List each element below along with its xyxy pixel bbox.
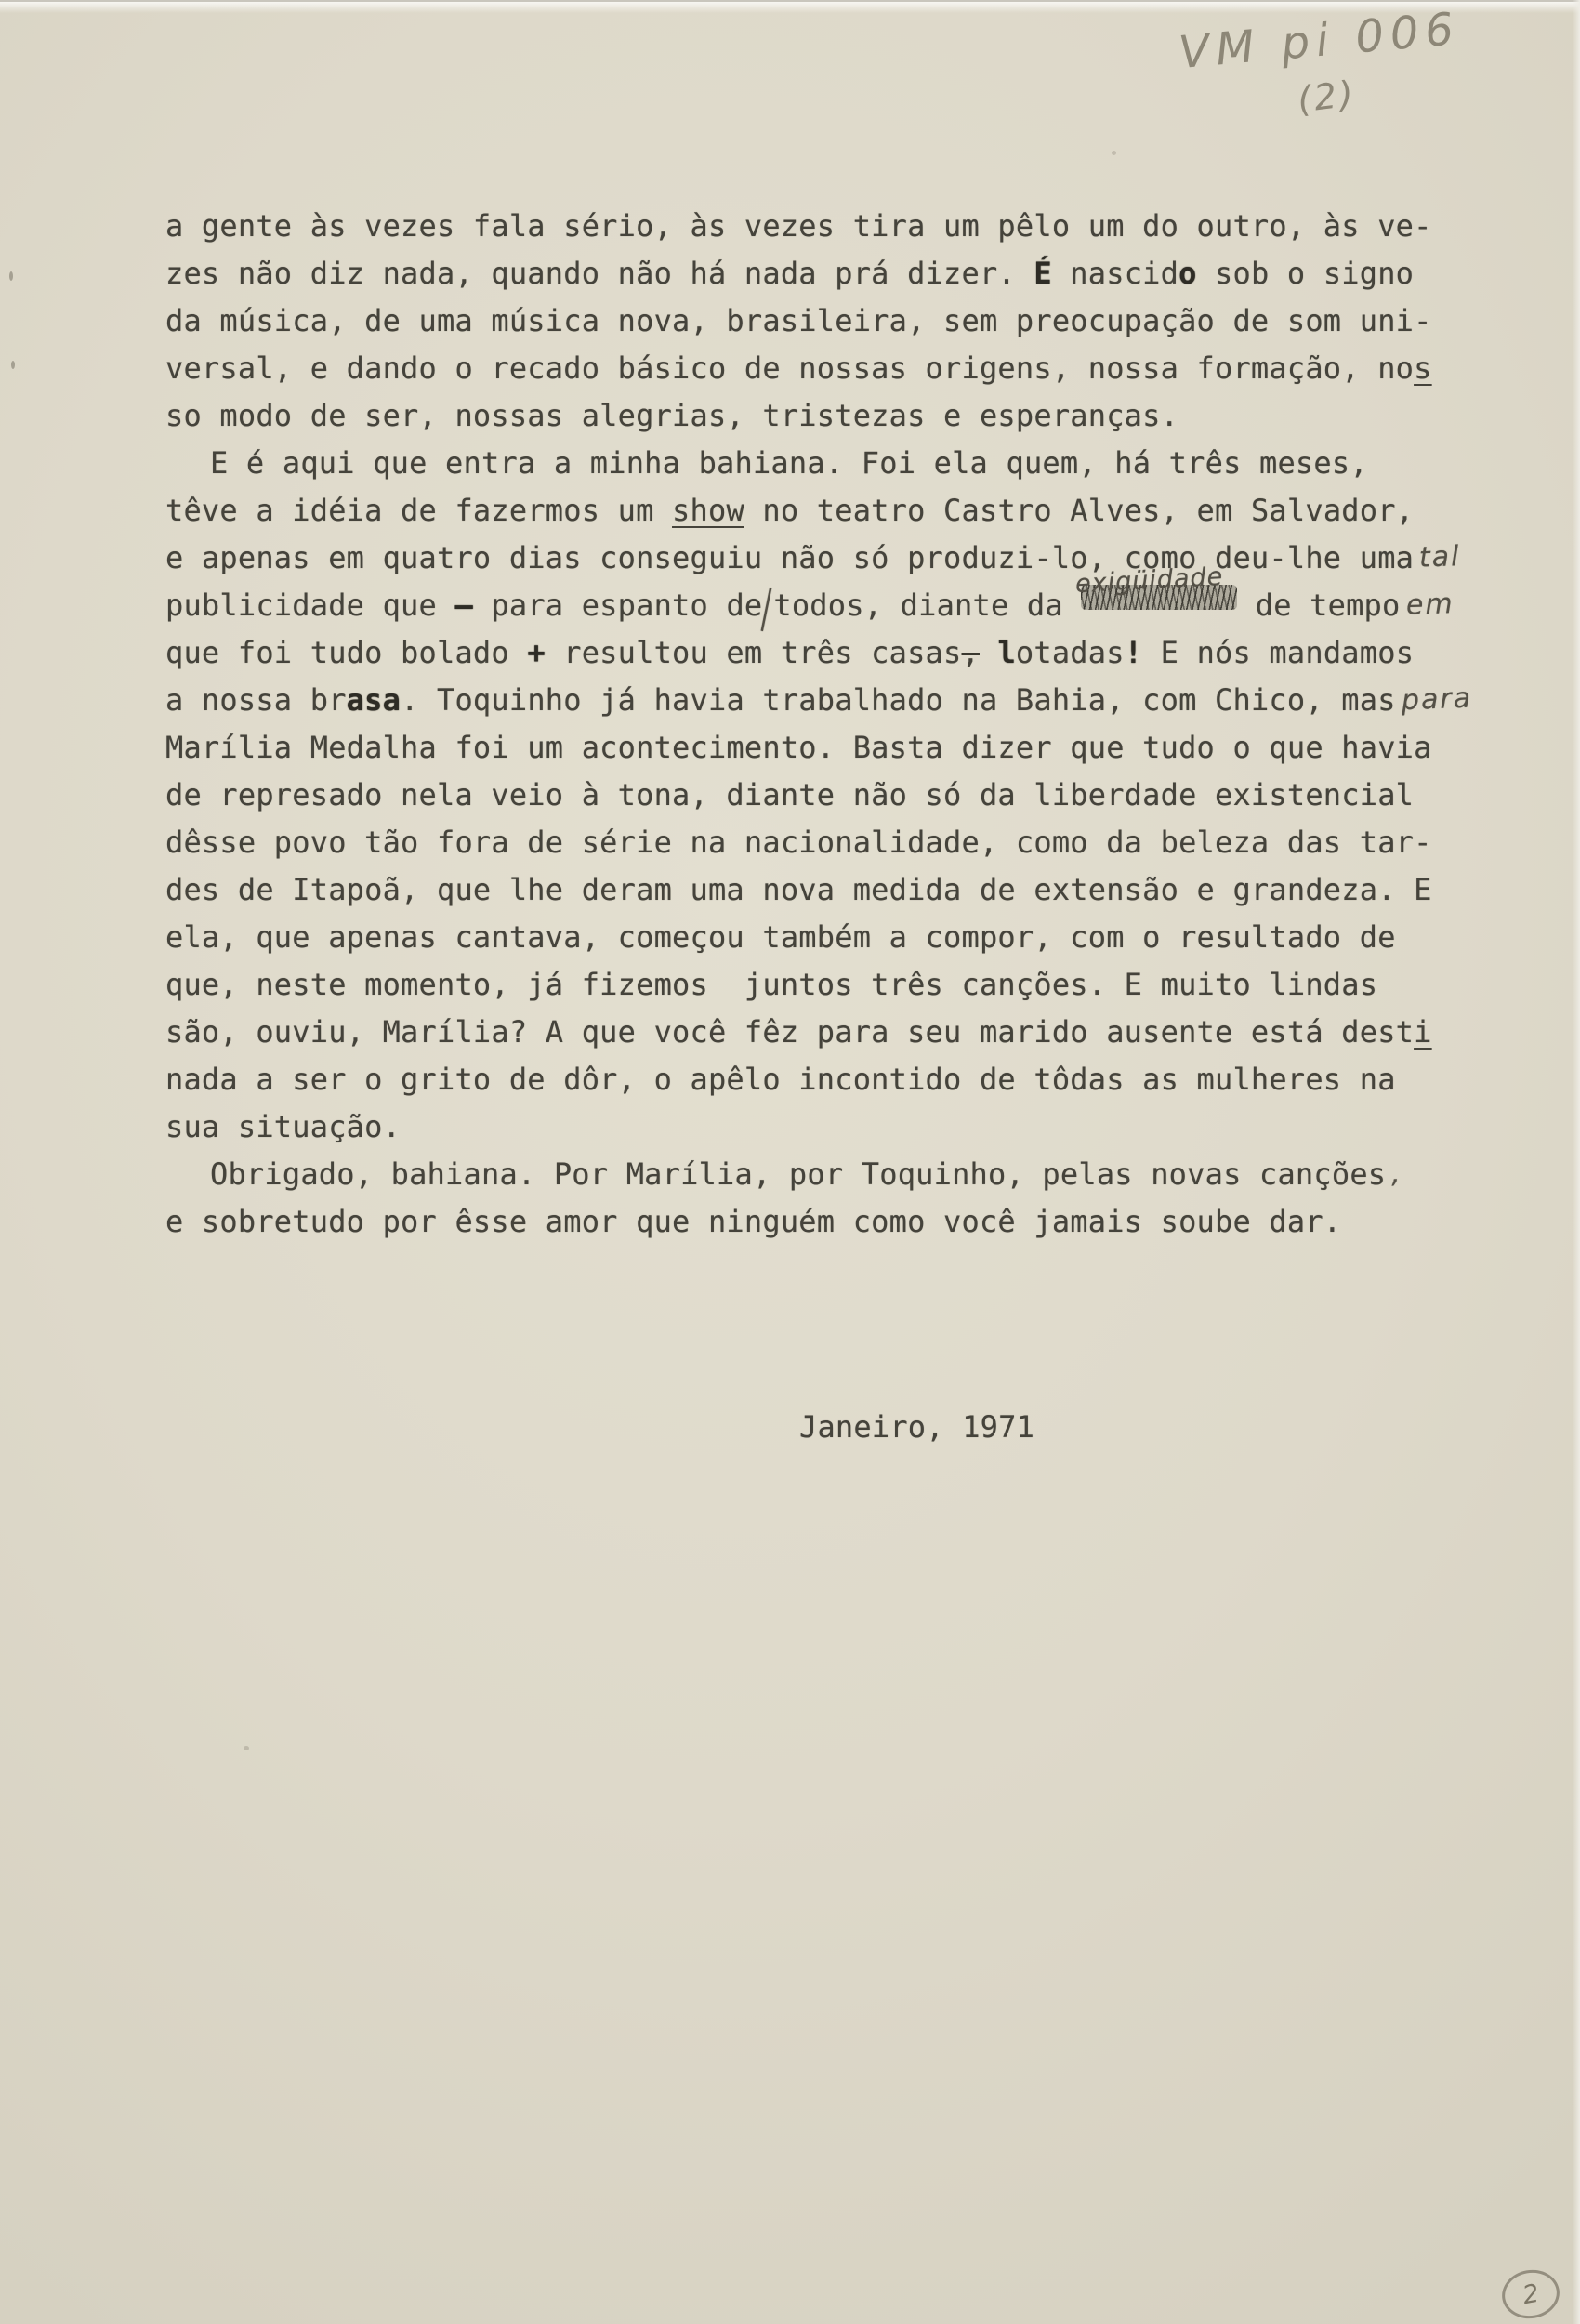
text-segment: publicidade que [165,588,454,623]
text-segment: ela, que apenas cantava, começou também … [165,919,1396,955]
text-segment: nascid [1052,256,1178,291]
text-segment: que, neste momento, já fizemos juntos tr… [165,967,1377,1002]
text-line: so modo de ser, nossas alegrias, tristez… [165,392,1472,440]
text-segment: e apenas em quatro dias conseguiu não só… [165,540,1414,575]
text-segment: ! [1125,635,1142,670]
text-line: a nossa brasa. Toquinho já havia trabalh… [165,677,1472,724]
text-segment: Marília Medalha foi um acontecimento. Ba… [165,730,1432,765]
typed-text-block: a gente às vezes fala sério, às vezes ti… [165,203,1472,1246]
circled-page-number: 2 [1498,2265,1563,2323]
text-segment: são, ouviu, Marília? A que você fêz para… [165,1014,1414,1050]
text-line: que, neste momento, já fizemos juntos tr… [165,961,1472,1009]
correction-group: exigüidade [1081,582,1237,629]
text-segment: E nós mandamos [1142,635,1414,670]
circled-page-number-value: 2 [1521,2278,1541,2310]
text-segment: que foi tudo bolado [165,635,527,670]
text-segment: show [672,493,744,528]
text-segment: de represado nela veio à tona, diante nã… [165,777,1414,812]
paper-speck [244,1746,249,1750]
text-line: que foi tudo bolado + resultou em três c… [165,629,1472,677]
text-segment: resultou em três casas [546,635,962,670]
scanned-page: { "annotations": { "top_right_code": "VM… [0,0,1580,2324]
text-segment: zes não diz nada, quando não há nada prá… [165,256,1034,291]
text-line: e sobretudo por êsse amor que ninguém co… [165,1198,1472,1246]
text-segment [980,635,997,670]
paper-speck [9,271,13,281]
handwritten-sheet-number: (2) [1296,73,1359,120]
text-segment: E é aqui que entra a minha bahiana. Foi … [210,445,1368,481]
text-segment: asa [347,682,401,718]
text-segment: + [527,635,545,670]
scan-edge-right [1573,0,1580,2324]
scan-edge-top [0,0,1580,13]
text-segment: da música, de uma música nova, brasileir… [165,303,1432,338]
handwritten-insert: para [1395,675,1473,725]
text-segment: des de Itapoã, que lhe deram uma nova me… [165,872,1432,907]
text-segment: — [454,588,472,623]
text-segment: otadas [1016,635,1125,670]
text-segment: . Toquinho já havia trabalhado na Bahia,… [401,682,1396,718]
handwritten-correction-above: exigüidade [1074,553,1225,608]
text-segment: nada a ser o grito de dôr, o apêlo incon… [165,1062,1396,1097]
paper-speck [1112,151,1116,155]
text-line: da música, de uma música nova, brasileir… [165,297,1472,345]
text-segment: no teatro Castro Alves, em Salvador, [744,493,1414,528]
text-segment: s [1414,350,1431,386]
text-segment: , [962,635,980,670]
text-line: des de Itapoã, que lhe deram uma nova me… [165,866,1472,914]
text-segment: Obrigado, bahiana. Por Marília, por Toqu… [210,1156,1386,1192]
text-segment: o [1178,256,1196,291]
text-line: nada a ser o grito de dôr, o apêlo incon… [165,1056,1472,1103]
text-segment: sob o signo [1197,256,1415,291]
text-segment: para espanto de [473,588,762,623]
paper-speck [11,361,15,369]
text-line: zes não diz nada, quando não há nada prá… [165,250,1472,297]
text-segment: versal, e dando o recado básico de nossa… [165,350,1414,386]
text-line: sua situação. [165,1103,1472,1151]
handwritten-insert: em [1400,580,1455,629]
text-line: são, ouviu, Marília? A que você fêz para… [165,1009,1472,1056]
text-line: publicidade que — para espanto de/todos,… [165,582,1472,629]
text-segment: a nossa br [165,682,347,718]
text-segment: so modo de ser, nossas alegrias, tristez… [165,398,1178,433]
text-line: a gente às vezes fala sério, às vezes ti… [165,203,1472,250]
text-segment: sua situação. [165,1109,401,1144]
text-line: E é aqui que entra a minha bahiana. Foi … [165,440,1472,487]
text-line: Obrigado, bahiana. Por Marília, por Toqu… [165,1151,1472,1198]
text-segment: É [1034,256,1051,291]
handwritten-insert: tal [1413,533,1461,582]
text-line: e apenas em quatro dias conseguiu não só… [165,535,1472,582]
text-segment: i [1414,1014,1431,1050]
text-segment: todos, diante da [773,588,1081,623]
text-segment: dêsse povo tão fora de série na nacional… [165,825,1432,860]
text-segment: têve a idéia de fazermos um [165,493,672,528]
text-segment: e sobretudo por êsse amor que ninguém co… [165,1204,1341,1239]
text-line: têve a idéia de fazermos um show no teat… [165,487,1472,535]
text-line: dêsse povo tão fora de série na nacional… [165,819,1472,866]
text-segment: l [997,635,1015,670]
text-line: ela, que apenas cantava, começou também … [165,914,1472,961]
text-line: de represado nela veio à tona, diante nã… [165,772,1472,819]
handwritten-insert: , [1385,1150,1402,1198]
text-segment: a gente às vezes fala sério, às vezes ti… [165,208,1432,244]
handwritten-catalog-code: VM pi 006 [1177,3,1462,79]
date-line: Janeiro, 1971 [799,1409,1034,1445]
text-line: versal, e dando o recado básico de nossa… [165,345,1472,392]
text-line: Marília Medalha foi um acontecimento. Ba… [165,724,1472,772]
